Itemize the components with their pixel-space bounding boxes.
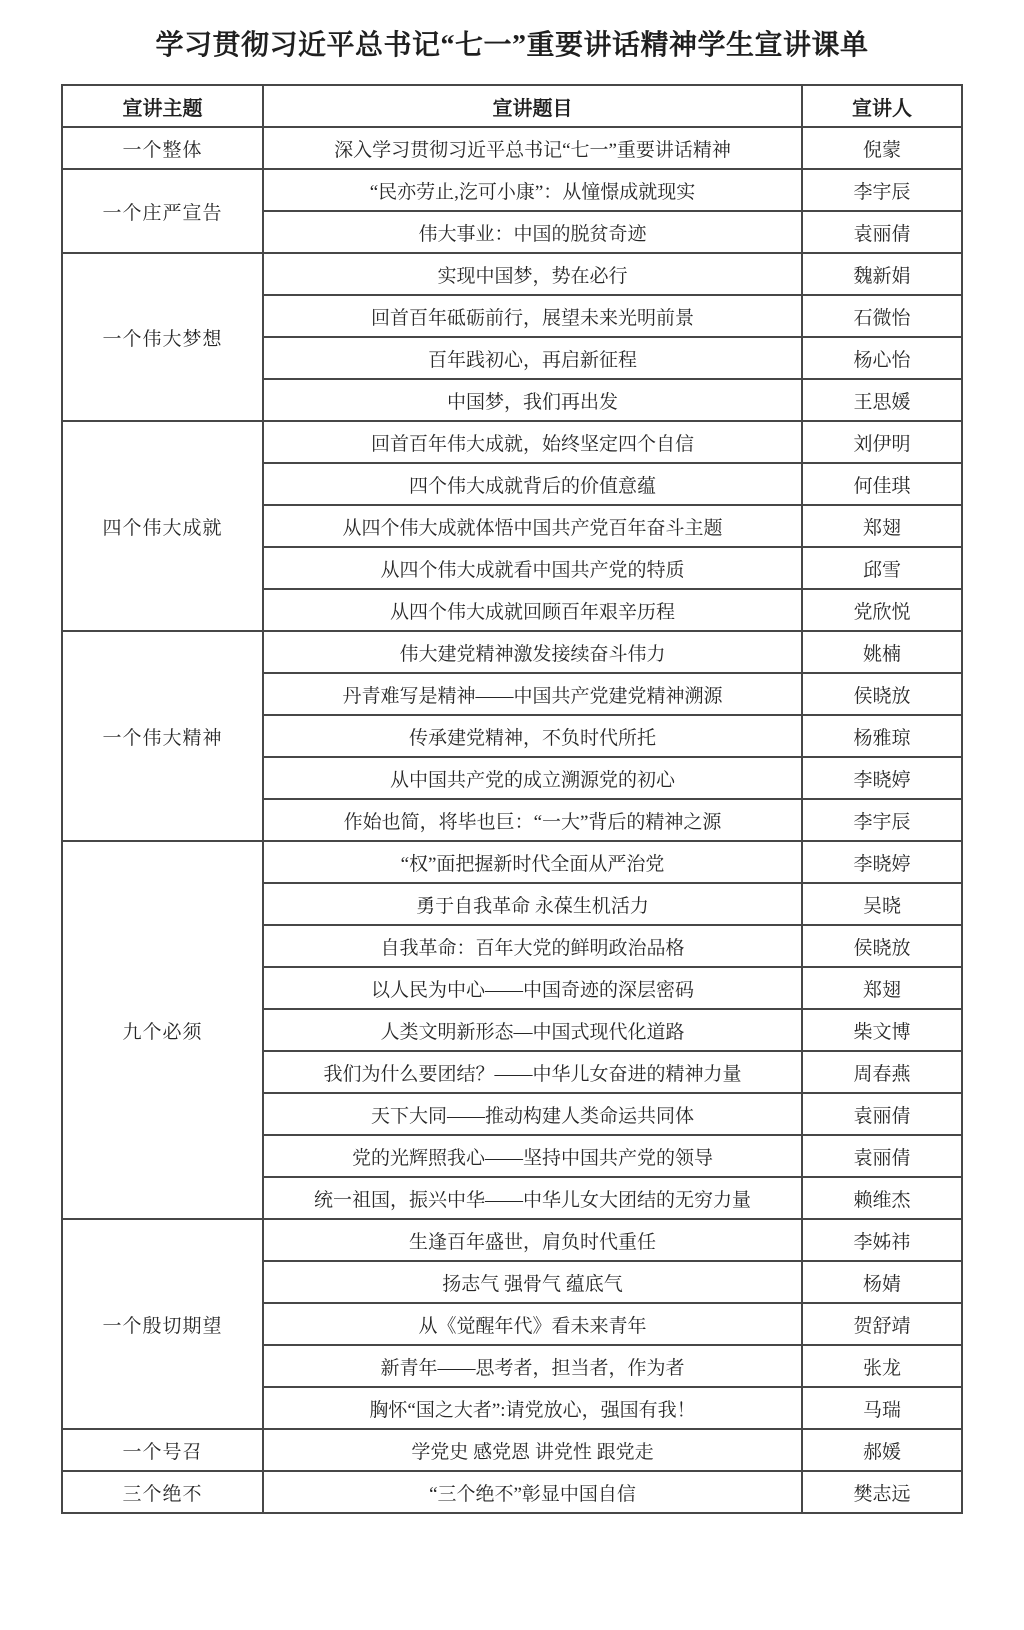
theme-cell: 一个号召 [62,1429,263,1471]
table-row: 一个伟大精神伟大建党精神激发接续奋斗伟力姚楠 [62,631,962,673]
theme-cell: 一个整体 [62,127,263,169]
speaker-cell: 邱雪 [802,547,962,589]
topic-cell: 胸怀“国之大者”:请党放心，强国有我！ [263,1387,802,1429]
topic-cell: 我们为什么要团结？——中华儿女奋进的精神力量 [263,1051,802,1093]
table-row: 四个伟大成就回首百年伟大成就，始终坚定四个自信刘伊明 [62,421,962,463]
theme-cell: 一个伟大梦想 [62,253,263,421]
topic-cell: 勇于自我革命 永葆生机活力 [263,883,802,925]
speaker-cell: 吴晓 [802,883,962,925]
theme-cell: 一个伟大精神 [62,631,263,841]
speaker-cell: 马瑞 [802,1387,962,1429]
topic-cell: “民亦劳止,汔可小康”：从憧憬成就现实 [263,169,802,211]
topic-cell: 实现中国梦，势在必行 [263,253,802,295]
speaker-cell: 王思媛 [802,379,962,421]
table-row: 三个绝不“三个绝不”彰显中国自信樊志远 [62,1471,962,1513]
speaker-cell: 杨心怡 [802,337,962,379]
topic-cell: 以人民为中心——中国奇迹的深层密码 [263,967,802,1009]
speaker-cell: 倪蒙 [802,127,962,169]
topic-cell: 党的光辉照我心——坚持中国共产党的领导 [263,1135,802,1177]
topic-cell: 作始也简，将毕也巨：“一大”背后的精神之源 [263,799,802,841]
table-header-row: 宣讲主题 宣讲题目 宣讲人 [62,85,962,127]
speaker-cell: 石微怡 [802,295,962,337]
topic-cell: 从四个伟大成就体悟中国共产党百年奋斗主题 [263,505,802,547]
table-row: 一个殷切期望生逢百年盛世，肩负时代重任李姊祎 [62,1219,962,1261]
speaker-cell: 姚楠 [802,631,962,673]
speaker-cell: 李晓婷 [802,757,962,799]
topic-cell: 伟大建党精神激发接续奋斗伟力 [263,631,802,673]
speaker-cell: 周春燕 [802,1051,962,1093]
topic-cell: 四个伟大成就背后的价值意蕴 [263,463,802,505]
table-row: 一个庄严宣告“民亦劳止,汔可小康”：从憧憬成就现实李宇辰 [62,169,962,211]
topic-cell: 回首百年砥砺前行，展望未来光明前景 [263,295,802,337]
speaker-cell: 侯晓放 [802,673,962,715]
table-row: 九个必须“权”面把握新时代全面从严治党李晓婷 [62,841,962,883]
speaker-cell: 袁丽倩 [802,1093,962,1135]
speaker-cell: 袁丽倩 [802,1135,962,1177]
speaker-cell: 柴文博 [802,1009,962,1051]
speaker-cell: 杨雅琼 [802,715,962,757]
topic-cell: 从中国共产党的成立溯源党的初心 [263,757,802,799]
topic-cell: 从《觉醒年代》看未来青年 [263,1303,802,1345]
topic-cell: 学党史 感党恩 讲党性 跟党走 [263,1429,802,1471]
theme-cell: 九个必须 [62,841,263,1219]
topic-cell: 丹青难写是精神——中国共产党建党精神溯源 [263,673,802,715]
topic-cell: 扬志气 强骨气 蕴底气 [263,1261,802,1303]
topic-cell: 深入学习贯彻习近平总书记“七一”重要讲话精神 [263,127,802,169]
speaker-cell: 赖维杰 [802,1177,962,1219]
topic-cell: 统一祖国，振兴中华——中华儿女大团结的无穷力量 [263,1177,802,1219]
topic-cell: 天下大同——推动构建人类命运共同体 [263,1093,802,1135]
table-body: 一个整体深入学习贯彻习近平总书记“七一”重要讲话精神倪蒙一个庄严宣告“民亦劳止,… [62,127,962,1513]
speaker-cell: 魏新娟 [802,253,962,295]
speaker-cell: 杨婧 [802,1261,962,1303]
speaker-cell: 李宇辰 [802,169,962,211]
lecture-course-table: 宣讲主题 宣讲题目 宣讲人 一个整体深入学习贯彻习近平总书记“七一”重要讲话精神… [61,84,963,1514]
topic-cell: 新青年——思考者，担当者，作为者 [263,1345,802,1387]
topic-cell: 传承建党精神，不负时代所托 [263,715,802,757]
speaker-cell: 党欣悦 [802,589,962,631]
topic-cell: 伟大事业：中国的脱贫奇迹 [263,211,802,253]
speaker-cell: 袁丽倩 [802,211,962,253]
topic-cell: 人类文明新形态—中国式现代化道路 [263,1009,802,1051]
topic-cell: 从四个伟大成就回顾百年艰辛历程 [263,589,802,631]
theme-cell: 三个绝不 [62,1471,263,1513]
topic-cell: 回首百年伟大成就，始终坚定四个自信 [263,421,802,463]
speaker-cell: 侯晓放 [802,925,962,967]
theme-cell: 一个殷切期望 [62,1219,263,1429]
topic-cell: “三个绝不”彰显中国自信 [263,1471,802,1513]
topic-cell: 从四个伟大成就看中国共产党的特质 [263,547,802,589]
speaker-cell: 郑翅 [802,967,962,1009]
table-row: 一个号召学党史 感党恩 讲党性 跟党走郝媛 [62,1429,962,1471]
table-row: 一个伟大梦想实现中国梦，势在必行魏新娟 [62,253,962,295]
topic-cell: 生逢百年盛世，肩负时代重任 [263,1219,802,1261]
speaker-cell: 郑翅 [802,505,962,547]
speaker-cell: 李宇辰 [802,799,962,841]
theme-cell: 一个庄严宣告 [62,169,263,253]
speaker-cell: 刘伊明 [802,421,962,463]
topic-cell: 自我革命：百年大党的鲜明政治品格 [263,925,802,967]
column-header-speaker: 宣讲人 [802,85,962,127]
column-header-topic: 宣讲题目 [263,85,802,127]
speaker-cell: 樊志远 [802,1471,962,1513]
speaker-cell: 贺舒靖 [802,1303,962,1345]
speaker-cell: 李晓婷 [802,841,962,883]
speaker-cell: 张龙 [802,1345,962,1387]
topic-cell: 百年践初心，再启新征程 [263,337,802,379]
speaker-cell: 何佳琪 [802,463,962,505]
speaker-cell: 郝媛 [802,1429,962,1471]
topic-cell: “权”面把握新时代全面从严治党 [263,841,802,883]
theme-cell: 四个伟大成就 [62,421,263,631]
page-title: 学习贯彻习近平总书记“七一”重要讲话精神学生宣讲课单 [0,28,1024,64]
column-header-theme: 宣讲主题 [62,85,263,127]
table-row: 一个整体深入学习贯彻习近平总书记“七一”重要讲话精神倪蒙 [62,127,962,169]
document-page: 学习贯彻习近平总书记“七一”重要讲话精神学生宣讲课单 宣讲主题 宣讲题目 宣讲人… [0,0,1024,1630]
speaker-cell: 李姊祎 [802,1219,962,1261]
topic-cell: 中国梦，我们再出发 [263,379,802,421]
